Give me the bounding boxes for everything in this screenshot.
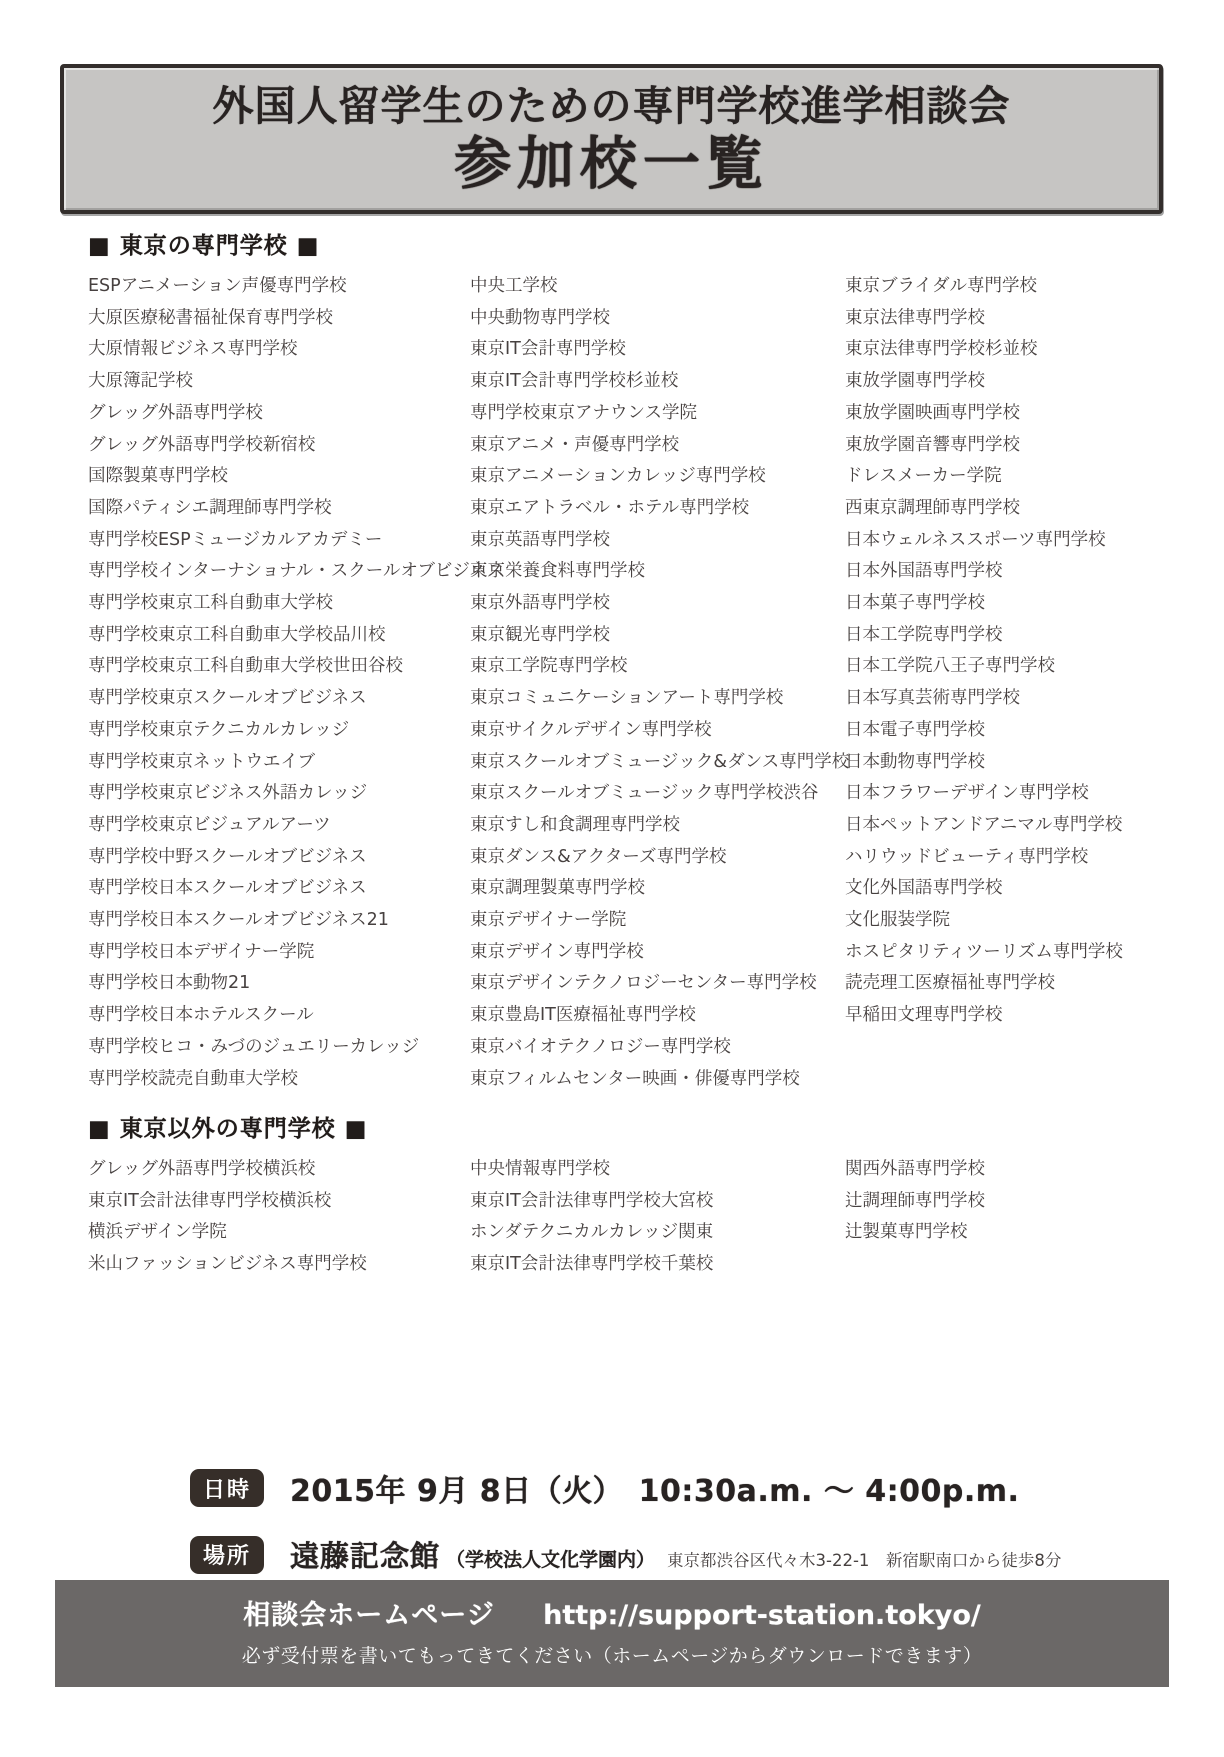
page-title: 参加校一覧 (454, 136, 769, 193)
school-item: 日本工学院八王子専門学校 (845, 651, 1178, 683)
school-item: 東放学園音響専門学校 (845, 430, 1178, 462)
non-tokyo-school-column-2: 中央情報専門学校東京IT会計法律専門学校大宮校ホンダテクニカルカレッジ関東東京I… (470, 1154, 845, 1281)
school-item: 専門学校東京ビジュアルアーツ (88, 810, 470, 842)
school-item: 早稲田文理専門学校 (845, 1000, 1178, 1032)
school-item: 東京コミュニケーションアート専門学校 (470, 683, 845, 715)
school-item: 専門学校インターナショナル・スクールオブビジネス (88, 556, 470, 588)
place-organization: （学校法人文化学園内） (446, 1545, 655, 1572)
tokyo-school-column-2: 中央工学校中央動物専門学校東京IT会計専門学校東京IT会計専門学校杉並校専門学校… (470, 271, 845, 1095)
school-item: 専門学校東京工科自動車大学校品川校 (88, 620, 470, 652)
school-item: 辻調理師専門学校 (845, 1186, 1178, 1218)
school-item: 東京外語専門学校 (470, 588, 845, 620)
school-item: 専門学校日本動物21 (88, 968, 470, 1000)
school-item: 日本写真芸術専門学校 (845, 683, 1178, 715)
school-item: 専門学校ESPミュージカルアカデミー (88, 525, 470, 557)
homepage-label: 相談会ホームページ (243, 1600, 494, 1631)
school-item: 東京法律専門学校杉並校 (845, 334, 1178, 366)
school-item: グレッグ外語専門学校横浜校 (88, 1154, 470, 1186)
school-item: 東京英語専門学校 (470, 525, 845, 557)
school-item: 東京ダンス&アクターズ専門学校 (470, 842, 845, 874)
school-item: ホスピタリティツーリズム専門学校 (845, 937, 1178, 969)
school-item: 専門学校東京テクニカルカレッジ (88, 715, 470, 747)
school-item: 大原情報ビジネス専門学校 (88, 334, 470, 366)
event-subtitle: 外国人留学生のための専門学校進学相談会 (213, 85, 1011, 128)
tokyo-school-columns: ESPアニメーション声優専門学校大原医療秘書福祉保育専門学校大原情報ビジネス専門… (88, 271, 1178, 1095)
school-item: 辻製菓専門学校 (845, 1217, 1178, 1249)
tokyo-school-column-3: 東京ブライダル専門学校東京法律専門学校東京法律専門学校杉並校東放学園専門学校東放… (845, 271, 1178, 1095)
tokyo-school-column-1: ESPアニメーション声優専門学校大原医療秘書福祉保育専門学校大原情報ビジネス専門… (88, 271, 470, 1095)
datetime-badge: 日時 (190, 1469, 264, 1507)
non-tokyo-school-column-1: グレッグ外語専門学校横浜校東京IT会計法律専門学校横浜校横浜デザイン学院米山ファ… (88, 1154, 470, 1281)
homepage-line: 相談会ホームページ http://support-station.tokyo/ (55, 1593, 1169, 1632)
school-item: 専門学校読売自動車大学校 (88, 1064, 470, 1096)
school-item: 東京工学院専門学校 (470, 651, 845, 683)
school-item: 専門学校東京工科自動車大学校世田谷校 (88, 651, 470, 683)
non-tokyo-school-columns: グレッグ外語専門学校横浜校東京IT会計法律専門学校横浜校横浜デザイン学院米山ファ… (88, 1154, 1178, 1281)
footer-band: 相談会ホームページ http://support-station.tokyo/ … (55, 1580, 1169, 1687)
school-item: 専門学校東京ネットウエイブ (88, 747, 470, 779)
school-item: 東京IT会計専門学校杉並校 (470, 366, 845, 398)
school-item: 文化服装学院 (845, 905, 1178, 937)
school-item: 専門学校中野スクールオブビジネス (88, 842, 470, 874)
place-address: 東京都渋谷区代々木3-22-1 新宿駅南口から徒歩8分 (667, 1547, 1061, 1571)
school-item: グレッグ外語専門学校 (88, 398, 470, 430)
school-item: 中央情報専門学校 (470, 1154, 845, 1186)
school-item: 東京IT会計法律専門学校千葉校 (470, 1249, 845, 1281)
place-badge: 場所 (190, 1536, 264, 1574)
school-item: 専門学校東京工科自動車大学校 (88, 588, 470, 620)
school-item: 東京デザインテクノロジーセンター専門学校 (470, 968, 845, 1000)
school-item: 東京スクールオブミュージック&ダンス専門学校 (470, 747, 845, 779)
school-item: 専門学校日本スクールオブビジネス (88, 873, 470, 905)
school-item: 大原医療秘書福祉保育専門学校 (88, 303, 470, 335)
school-item: 東京栄養食料専門学校 (470, 556, 845, 588)
datetime-row: 日時 2015年 9月 8日（火） 10:30a.m. ～ 4:00p.m. (190, 1466, 1061, 1510)
place-name: 遠藤記念館 (290, 1534, 440, 1575)
footer-note: 必ず受付票を書いてもってきてください（ホームページからダウンロードできます） (55, 1641, 1169, 1668)
school-item: 東京法律専門学校 (845, 303, 1178, 335)
datetime-value: 2015年 9月 8日（火） 10:30a.m. ～ 4:00p.m. (290, 1466, 1019, 1510)
place-row: 場所 遠藤記念館 （学校法人文化学園内） 東京都渋谷区代々木3-22-1 新宿駅… (190, 1534, 1061, 1575)
school-item: 東京すし和食調理専門学校 (470, 810, 845, 842)
school-item: 関西外語専門学校 (845, 1154, 1178, 1186)
school-item: 国際パティシエ調理師専門学校 (88, 493, 470, 525)
school-item: ホンダテクニカルカレッジ関東 (470, 1217, 845, 1249)
school-item: 東京ブライダル専門学校 (845, 271, 1178, 303)
flyer-page: 外国人留学生のための専門学校進学相談会 参加校一覧 ■ 東京の専門学校 ■ ES… (0, 0, 1224, 1757)
school-item: 専門学校東京ビジネス外語カレッジ (88, 778, 470, 810)
school-item: 東京豊島IT医療福祉専門学校 (470, 1000, 845, 1032)
school-item: 日本ペットアンドアニマル専門学校 (845, 810, 1178, 842)
school-item: 専門学校東京アナウンス学院 (470, 398, 845, 430)
school-item: 東京サイクルデザイン専門学校 (470, 715, 845, 747)
school-item: ハリウッドビューティ専門学校 (845, 842, 1178, 874)
school-item: 日本外国語専門学校 (845, 556, 1178, 588)
school-item: 横浜デザイン学院 (88, 1217, 470, 1249)
school-item: 専門学校日本スクールオブビジネス21 (88, 905, 470, 937)
school-item: ESPアニメーション声優専門学校 (88, 271, 470, 303)
school-item: 東京IT会計法律専門学校横浜校 (88, 1186, 470, 1218)
non-tokyo-schools-section: ■ 東京以外の専門学校 ■ グレッグ外語専門学校横浜校東京IT会計法律専門学校横… (88, 1116, 1178, 1281)
school-item: 西東京調理師専門学校 (845, 493, 1178, 525)
school-item: 東京アニメ・声優専門学校 (470, 430, 845, 462)
school-item: 専門学校東京スクールオブビジネス (88, 683, 470, 715)
school-item: 専門学校ヒコ・みづのジュエリーカレッジ (88, 1032, 470, 1064)
school-item: ドレスメーカー学院 (845, 461, 1178, 493)
school-item: 東京エアトラベル・ホテル専門学校 (470, 493, 845, 525)
school-item: 日本動物専門学校 (845, 747, 1178, 779)
school-item: 東京アニメーションカレッジ専門学校 (470, 461, 845, 493)
school-item: 東京デザイナー学院 (470, 905, 845, 937)
school-item: グレッグ外語専門学校新宿校 (88, 430, 470, 462)
homepage-url: http://support-station.tokyo/ (543, 1600, 981, 1631)
school-item: 日本菓子専門学校 (845, 588, 1178, 620)
school-item: 中央工学校 (470, 271, 845, 303)
school-item: 日本フラワーデザイン専門学校 (845, 778, 1178, 810)
school-item: 東京IT会計法律専門学校大宮校 (470, 1186, 845, 1218)
school-item: 日本電子専門学校 (845, 715, 1178, 747)
school-item: 東放学園専門学校 (845, 366, 1178, 398)
section-title-non-tokyo: ■ 東京以外の専門学校 ■ (88, 1116, 1178, 1142)
school-item: 大原簿記学校 (88, 366, 470, 398)
title-plate: 外国人留学生のための専門学校進学相談会 参加校一覧 (60, 64, 1163, 214)
school-item: 東京スクールオブミュージック専門学校渋谷 (470, 778, 845, 810)
non-tokyo-school-column-3: 関西外語専門学校辻調理師専門学校辻製菓専門学校 (845, 1154, 1178, 1281)
school-item: 東放学園映画専門学校 (845, 398, 1178, 430)
school-item: 日本ウェルネススポーツ専門学校 (845, 525, 1178, 557)
school-item: 中央動物専門学校 (470, 303, 845, 335)
school-item: 米山ファッションビジネス専門学校 (88, 1249, 470, 1281)
school-item: 東京デザイン専門学校 (470, 937, 845, 969)
school-item: 東京フィルムセンター映画・俳優専門学校 (470, 1064, 845, 1096)
school-item: 専門学校日本ホテルスクール (88, 1000, 470, 1032)
school-item: 東京バイオテクノロジー専門学校 (470, 1032, 845, 1064)
school-item: 東京観光専門学校 (470, 620, 845, 652)
school-item: 東京IT会計専門学校 (470, 334, 845, 366)
school-item: 読売理工医療福祉専門学校 (845, 968, 1178, 1000)
school-item: 東京調理製菓専門学校 (470, 873, 845, 905)
school-item: 日本工学院専門学校 (845, 620, 1178, 652)
tokyo-schools-section: ■ 東京の専門学校 ■ ESPアニメーション声優専門学校大原医療秘書福祉保育専門… (88, 233, 1178, 1095)
school-item: 国際製菓専門学校 (88, 461, 470, 493)
school-item: 専門学校日本デザイナー学院 (88, 937, 470, 969)
section-title-tokyo: ■ 東京の専門学校 ■ (88, 233, 1178, 259)
school-item: 文化外国語専門学校 (845, 873, 1178, 905)
place-line: 遠藤記念館 （学校法人文化学園内） 東京都渋谷区代々木3-22-1 新宿駅南口か… (290, 1534, 1061, 1575)
